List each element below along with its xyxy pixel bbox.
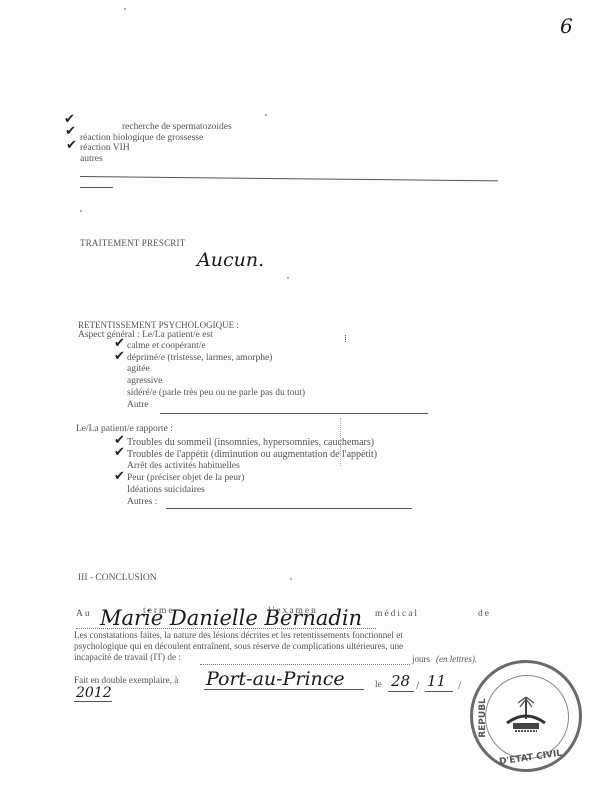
coat-of-arms-icon bbox=[501, 693, 551, 737]
scan-speck bbox=[290, 578, 292, 580]
intro-word: médical bbox=[375, 609, 419, 619]
exam-item-sperm: recherche de spermatozoides bbox=[122, 122, 232, 132]
checkmark-icon: ✔ bbox=[114, 469, 125, 484]
exam-item-pregnancy: réaction biologique de grossesse bbox=[80, 133, 203, 143]
aspect-item: sidéré/e (parle très peu ou ne parle pas… bbox=[127, 388, 305, 398]
checkmark-icon: ✔ bbox=[66, 138, 77, 153]
report-item: Peur (préciser objet de la peur) bbox=[127, 473, 244, 483]
scan-speck bbox=[287, 277, 289, 279]
patient-name: Marie Danielle Bernadin bbox=[100, 606, 362, 630]
aspect-item: déprimé/e (tristesse, larmes, amorphe) bbox=[127, 353, 272, 363]
signed-prefix: Fait en double exemplaire, à bbox=[74, 675, 178, 685]
date-day: 28 bbox=[391, 672, 410, 690]
checkmark-icon: ✔ bbox=[114, 445, 125, 460]
others-line-short bbox=[80, 187, 113, 188]
report-item-other: Autres : bbox=[127, 497, 157, 507]
reports-other-line bbox=[166, 508, 412, 509]
conclusion-paragraph: psychologique qui en découlent entraînen… bbox=[74, 641, 403, 651]
report-item: Arrêt des activités habituelles bbox=[127, 461, 240, 471]
aspect-item-other: Autre bbox=[127, 400, 149, 410]
scan-speck bbox=[124, 8, 126, 10]
checkmark-icon: ✔ bbox=[65, 124, 76, 139]
date-month: 11 bbox=[427, 672, 446, 690]
intro-word: de bbox=[478, 609, 491, 619]
aspect-label: Aspect général : Le/La patient/e est bbox=[78, 330, 213, 340]
report-item: Troubles du sommeil (insomnies, hypersom… bbox=[127, 437, 374, 448]
conclusion-heading: III - CONCLUSION bbox=[78, 573, 157, 583]
page-number: 6 bbox=[560, 14, 573, 38]
report-item: Idéations suicidaires bbox=[127, 485, 205, 495]
others-line bbox=[80, 176, 498, 181]
conclusion-paragraph: Les constatations faites, la nature des … bbox=[74, 630, 403, 640]
scan-mark: ⁞ bbox=[344, 334, 347, 345]
date-prefix: le bbox=[375, 680, 382, 690]
scan-speck bbox=[265, 114, 267, 116]
year-line bbox=[74, 701, 112, 702]
treatment-handwritten: Aucun. bbox=[197, 249, 264, 271]
psych-heading: RETENTISSEMENT PSYCHOLOGIQUE : bbox=[78, 320, 239, 330]
date-year: 2012 bbox=[76, 685, 112, 701]
stamp-side-text: REPUBL bbox=[478, 698, 488, 738]
official-stamp: D'ETAT CIVIL REPUBL bbox=[470, 660, 582, 772]
signed-place: Port-au-Prince bbox=[206, 668, 345, 690]
aspect-item: agressive bbox=[127, 376, 162, 386]
exam-item-hiv: réaction VIH bbox=[80, 143, 130, 153]
aspect-item: agitée bbox=[127, 364, 150, 374]
place-line bbox=[204, 689, 364, 690]
days-suffix: jours bbox=[412, 654, 430, 664]
date-sep: / bbox=[416, 678, 419, 693]
days-note: (en lettres). bbox=[436, 654, 477, 664]
month-line bbox=[425, 691, 453, 692]
aspect-other-line bbox=[160, 413, 428, 414]
conclusion-paragraph: incapacité de travail (IT) de : bbox=[74, 652, 181, 662]
treatment-heading: TRAITEMENT PRESCRIT bbox=[80, 238, 185, 248]
intro-word: Au bbox=[76, 609, 92, 619]
scan-speck bbox=[80, 210, 82, 212]
day-line bbox=[388, 691, 414, 692]
checkmark-icon: ✔ bbox=[114, 349, 125, 364]
itt-days-line bbox=[200, 664, 410, 665]
date-sep: / bbox=[458, 678, 461, 693]
exam-item-others: autres bbox=[80, 154, 103, 164]
scan-fold bbox=[340, 418, 342, 466]
aspect-item: calme et coopérant/e bbox=[127, 341, 206, 351]
